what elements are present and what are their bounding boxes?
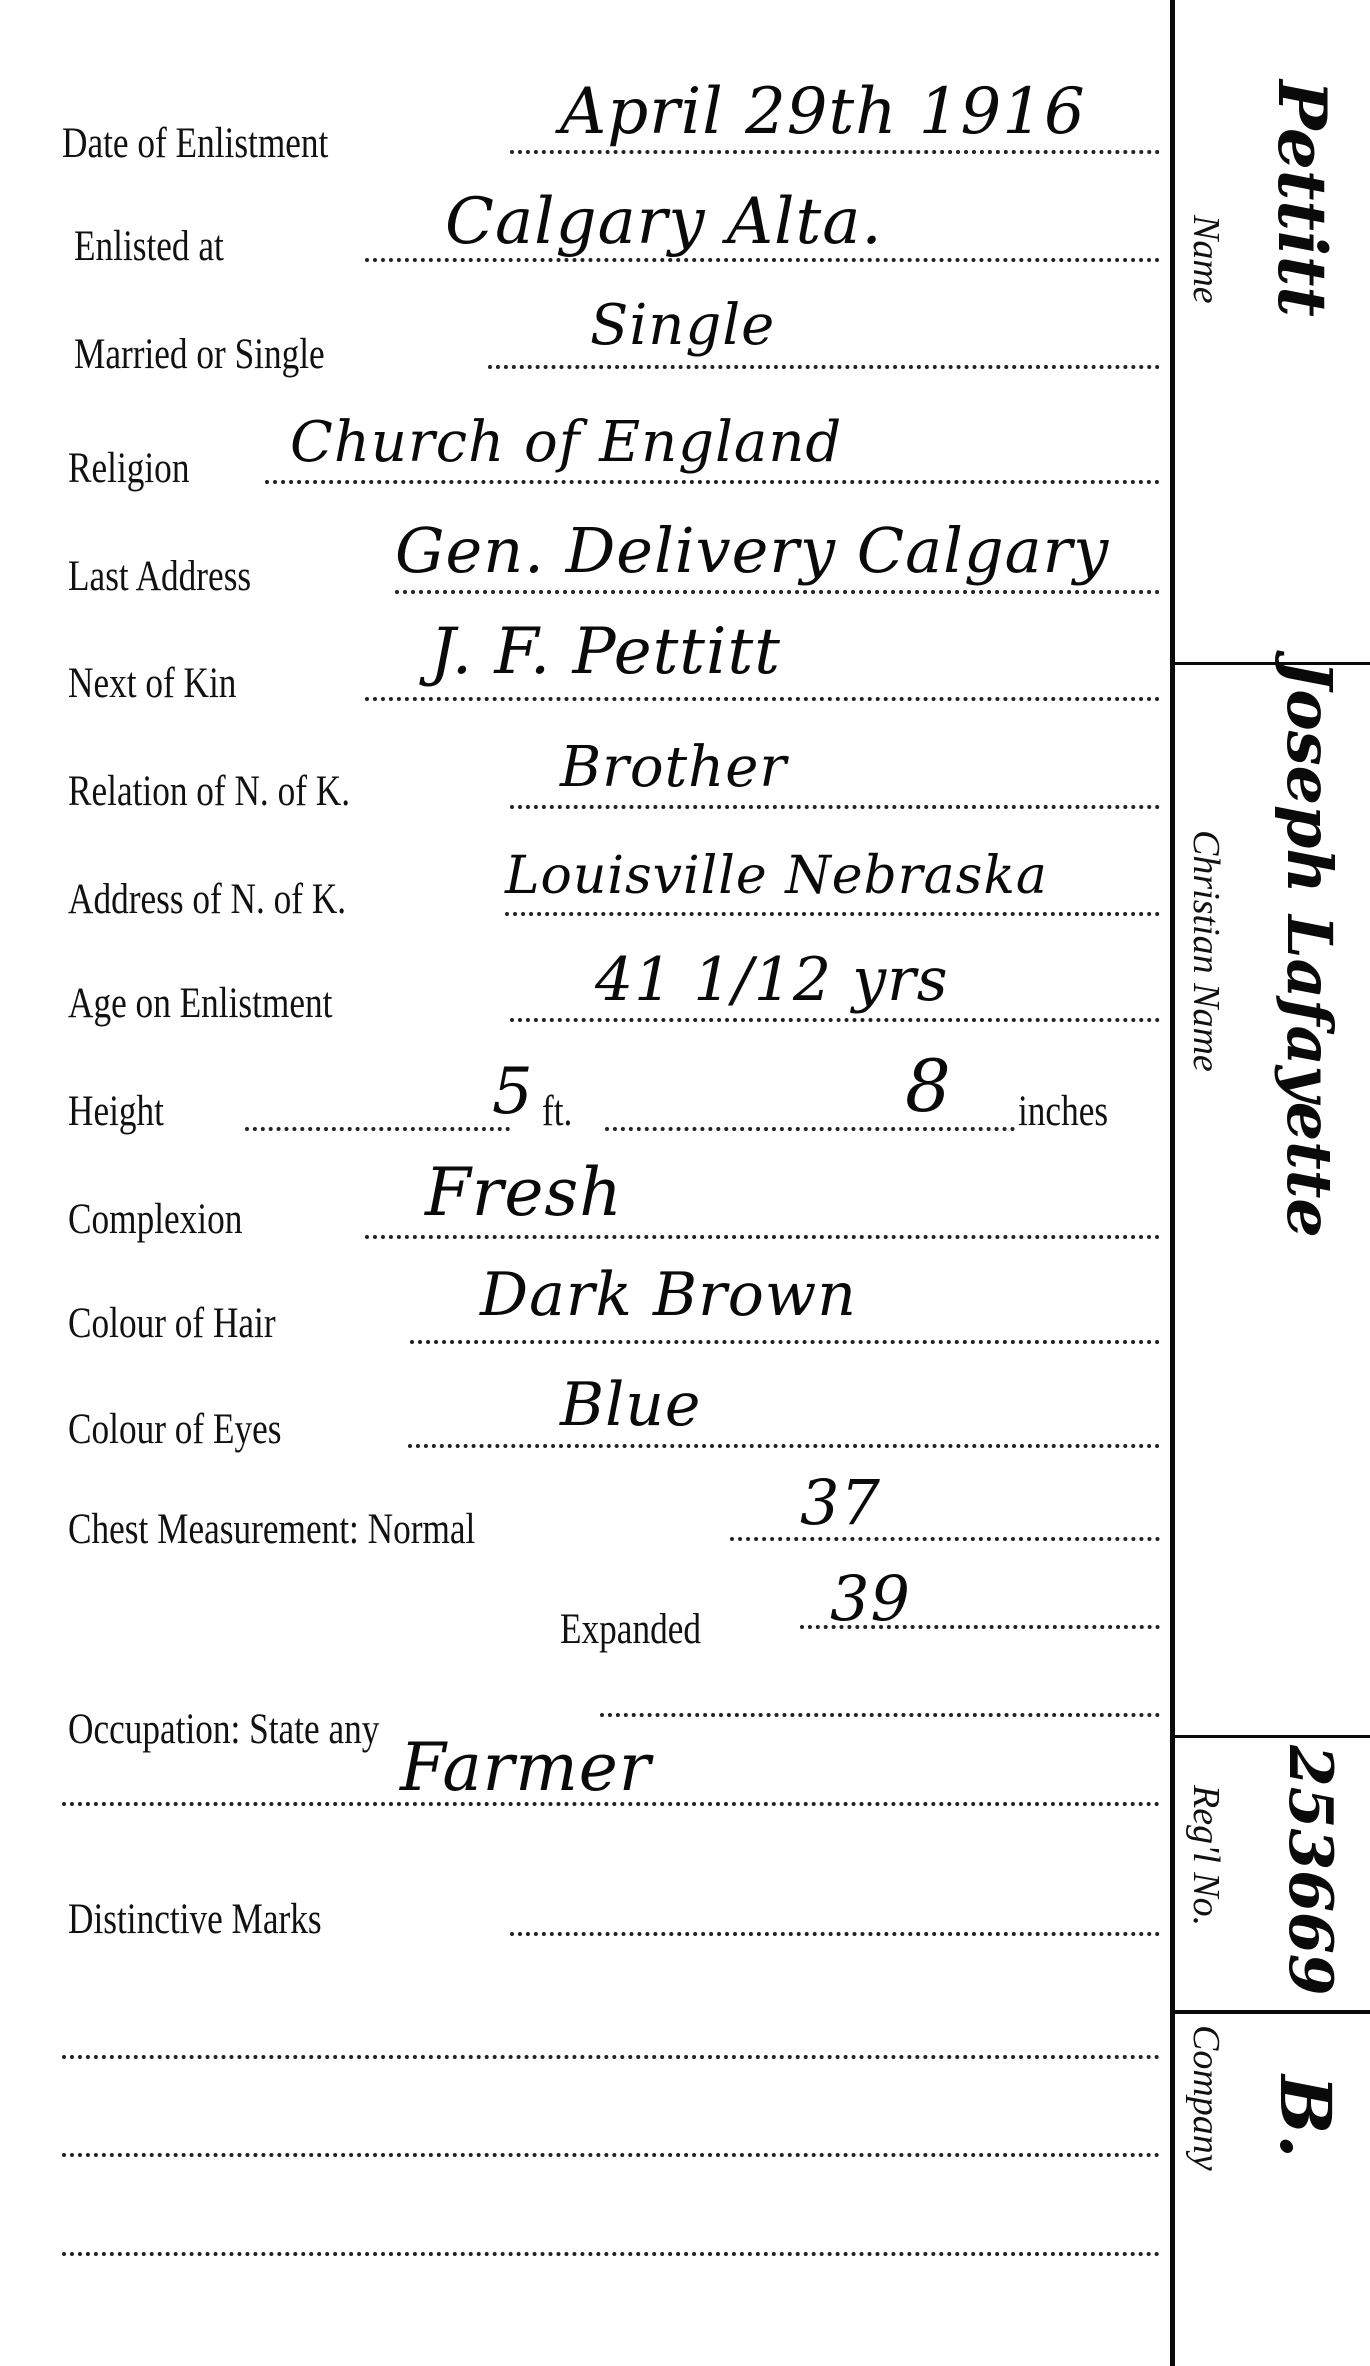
label-height: Height [68,1090,164,1133]
dotted-line [245,1127,510,1131]
value-enlisted-at: Calgary Alta. [445,190,883,254]
dotted-line [510,805,1160,809]
panel-divider [1172,2010,1370,2014]
dotted-line [605,1127,1015,1131]
value-occupation: Farmer [400,1735,651,1801]
dotted-line [408,1444,1160,1448]
label-address-of-nok: Address of N. of K. [68,878,346,921]
label-religion: Religion [68,447,189,490]
dotted-line [505,912,1160,916]
label-chest-normal: Chest Measurement: Normal [68,1508,475,1551]
dotted-line [62,2153,1160,2157]
label-enlisted-at: Enlisted at [74,225,224,268]
value-age-on-enlistment: 41 1/12 yrs [595,950,949,1010]
dotted-line [395,590,1160,594]
dotted-line [510,1018,1160,1022]
dotted-line [410,1340,1160,1344]
label-relation-of-nok: Relation of N. of K. [68,770,350,813]
dotted-line [365,697,1160,701]
label-chest-expanded: Expanded [560,1608,701,1651]
dotted-line [600,1713,1160,1717]
value-last-address: Gen. Delivery Calgary [395,520,1109,582]
label-colour-of-hair: Colour of Hair [68,1302,276,1345]
value-next-of-kin: J. F. Pettitt [430,620,781,684]
value-colour-of-hair: Dark Brown [480,1265,857,1325]
panel-divider [1172,1735,1370,1738]
value-christian-name: Joseph Lafayette [1278,660,1340,1238]
value-chest-normal: 37 [800,1472,881,1534]
label-date-of-enlistment: Date of Enlistment [62,122,328,165]
value-colour-of-eyes: Blue [560,1375,701,1435]
label-married-or-single: Married or Single [74,333,325,376]
dotted-line [265,480,1160,484]
label-distinctive-marks: Distinctive Marks [68,1898,322,1941]
dotted-line [62,2055,1160,2059]
label-christian-name: Christian Name [1187,830,1225,1072]
value-name: Pettitt [1269,80,1335,317]
value-chest-expanded: 39 [830,1568,911,1630]
label-regt-no: Reg'l No. [1187,1785,1225,1926]
value-complexion: Fresh [425,1160,623,1226]
dotted-line [488,365,1160,369]
dotted-line [730,1537,1160,1541]
label-complexion: Complexion [68,1198,242,1241]
dotted-line [510,150,1160,154]
label-occupation: Occupation: State any [68,1708,379,1751]
value-height-feet: 5 [492,1060,534,1124]
dotted-line [365,1235,1160,1239]
dotted-line [510,1932,1160,1936]
value-company: B. [1270,2075,1340,2159]
label-last-address: Last Address [68,555,251,598]
label-inches-unit: inches [1018,1090,1108,1133]
label-colour-of-eyes: Colour of Eyes [68,1408,281,1451]
value-married-or-single: Single [590,298,775,354]
label-name: Name [1187,215,1225,304]
label-age-on-enlistment: Age on Enlistment [68,982,332,1025]
label-company: Company [1187,2025,1225,2171]
value-date-of-enlistment: April 29th 1916 [560,80,1086,144]
value-regt-no: 253669 [1280,1745,1340,1996]
attestation-card: Date of Enlistment April 29th 1916 Enlis… [0,0,1370,2366]
value-relation-of-nok: Brother [560,740,787,796]
dotted-line [62,2252,1160,2256]
label-feet-unit: ft. [542,1090,572,1133]
value-religion: Church of England [290,415,842,471]
value-address-of-nok: Louisville Nebraska [505,850,1048,902]
label-next-of-kin: Next of Kin [68,662,236,705]
value-height-inches: 8 [905,1050,952,1122]
